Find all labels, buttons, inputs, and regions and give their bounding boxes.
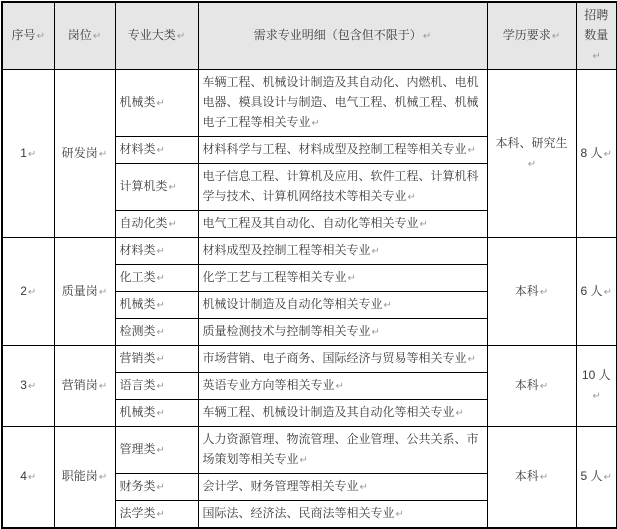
cell-education: 本科↵: [487, 427, 576, 529]
cell-education: 本科↵: [487, 238, 576, 346]
paragraph-mark: ↵: [156, 354, 165, 365]
cell-majors: 车辆工程、机械设计制造及其自动化等相关专业↵: [198, 400, 487, 427]
paragraph-mark: ↵: [467, 354, 476, 365]
paragraph-mark: ↵: [311, 118, 320, 129]
cell-category: 法学类↵: [115, 501, 198, 529]
paragraph-mark: ↵: [156, 98, 165, 109]
table-row: 3↵ 营销岗↵ 营销类↵ 市场营销、电子商务、国际经济与贸易等相关专业↵ 本科↵…: [2, 346, 617, 373]
cell-category-text: 机械类: [120, 95, 156, 109]
paragraph-mark: ↵: [27, 287, 36, 298]
cell-majors: 机械设计制造及自动化等相关专业↵: [198, 292, 487, 319]
cell-category-text: 检测类: [120, 324, 156, 338]
cell-category: 管理类↵: [115, 427, 198, 474]
paragraph-mark: ↵: [603, 472, 612, 483]
header-category-label: 专业大类: [128, 28, 176, 42]
cell-category: 材料类↵: [115, 238, 198, 265]
cell-majors: 国际法、经济法、民商法等相关专业↵: [198, 501, 487, 529]
header-education: 学历要求↵: [487, 2, 576, 70]
header-position-label: 岗位: [68, 28, 92, 42]
cell-majors-text: 国际法、经济法、民商法等相关专业: [203, 506, 395, 520]
cell-category: 语言类↵: [115, 373, 198, 400]
cell-majors-text: 电气工程及其自动化、自动化等相关专业: [203, 216, 419, 230]
cell-majors: 英语专业方向等相关专业↵: [198, 373, 487, 400]
cell-category-text: 材料类: [120, 243, 156, 257]
cell-category: 计算机类↵: [115, 164, 198, 211]
paragraph-mark: ↵: [407, 192, 416, 203]
cell-position-text: 职能岗: [62, 469, 98, 483]
header-education-label: 学历要求: [503, 28, 551, 42]
cell-category: 检测类↵: [115, 319, 198, 346]
cell-no: 4↵: [2, 427, 54, 529]
cell-majors: 质量检测技术与控制等相关专业↵: [198, 319, 487, 346]
cell-majors-text: 质量检测技术与控制等相关专业: [203, 324, 371, 338]
cell-education-text: 本科: [515, 284, 539, 298]
paragraph-mark: ↵: [467, 145, 476, 156]
paragraph-mark: ↵: [359, 482, 368, 493]
paragraph-mark: ↵: [299, 455, 308, 466]
paragraph-mark: ↵: [371, 246, 380, 257]
paragraph-mark: ↵: [98, 287, 107, 298]
paragraph-mark: ↵: [335, 381, 344, 392]
cell-majors-text: 材料成型及控制工程等相关专业: [203, 243, 371, 257]
cell-no-text: 4: [20, 469, 27, 483]
paragraph-mark: ↵: [156, 327, 165, 338]
cell-majors: 电子信息工程、计算机及应用、软件工程、计算机科学与技术、计算机网络技术等相关专业…: [198, 164, 487, 211]
header-category: 专业大类↵: [115, 2, 198, 70]
paragraph-mark: ↵: [168, 219, 177, 230]
table-row: 1↵ 研发岗↵ 机械类↵ 车辆工程、机械设计制造及其自动化、内燃机、电机电器、模…: [2, 70, 617, 137]
cell-majors-text: 机械设计制造及自动化等相关专业: [203, 297, 383, 311]
paragraph-mark: ↵: [156, 381, 165, 392]
cell-no: 2↵: [2, 238, 54, 346]
cell-category-text: 机械类: [120, 405, 156, 419]
paragraph-mark: ↵: [395, 509, 404, 520]
cell-category-text: 化工类: [120, 270, 156, 284]
header-majors-label: 需求专业明细（包含但不限于）: [254, 28, 422, 42]
header-no-label: 序号: [12, 28, 36, 42]
cell-majors-text: 英语专业方向等相关专业: [203, 378, 335, 392]
cell-majors-text: 材料科学与工程、材料成型及控制工程等相关专业: [203, 142, 467, 156]
cell-category: 自动化类↵: [115, 211, 198, 238]
cell-category-text: 财务类: [120, 479, 156, 493]
cell-majors-text: 会计学、财务管理等相关专业: [203, 479, 359, 493]
cell-position: 质量岗↵: [54, 238, 115, 346]
paragraph-mark: ↵: [156, 246, 165, 257]
paragraph-mark: ↵: [455, 408, 464, 419]
cell-count: 5 人↵: [576, 427, 617, 529]
cell-count-text: 10 人: [582, 368, 611, 382]
cell-position-text: 营销岗: [62, 378, 98, 392]
cell-majors: 材料成型及控制工程等相关专业↵: [198, 238, 487, 265]
paragraph-mark: ↵: [156, 145, 165, 156]
cell-category: 机械类↵: [115, 400, 198, 427]
paragraph-mark: ↵: [539, 381, 548, 392]
cell-no-text: 1: [20, 146, 27, 160]
cell-position: 职能岗↵: [54, 427, 115, 529]
paragraph-mark: ↵: [371, 327, 380, 338]
cell-position: 研发岗↵: [54, 70, 115, 238]
cell-majors: 人力资源管理、物流管理、企业管理、公共关系、市场策划等相关专业↵: [198, 427, 487, 474]
paragraph-mark: ↵: [603, 149, 612, 160]
cell-majors: 车辆工程、机械设计制造及其自动化、内燃机、电机电器、模具设计与制造、电气工程、机…: [198, 70, 487, 137]
paragraph-mark: ↵: [98, 472, 107, 483]
cell-category: 化工类↵: [115, 265, 198, 292]
paragraph-mark: ↵: [347, 273, 356, 284]
paragraph-mark: ↵: [27, 149, 36, 160]
cell-education-text: 本科: [515, 469, 539, 483]
paragraph-mark: ↵: [603, 287, 612, 298]
paragraph-mark: ↵: [27, 381, 36, 392]
cell-no: 1↵: [2, 70, 54, 238]
cell-count-text: 5 人: [581, 469, 603, 483]
table-row: 2↵ 质量岗↵ 材料类↵ 材料成型及控制工程等相关专业↵ 本科↵ 6 人↵: [2, 238, 617, 265]
paragraph-mark: ↵: [98, 381, 107, 392]
cell-category-text: 计算机类: [120, 179, 168, 193]
cell-position-text: 研发岗: [62, 146, 98, 160]
header-no: 序号↵: [2, 2, 54, 70]
cell-count: 8 人↵: [576, 70, 617, 238]
cell-no-text: 3: [20, 378, 27, 392]
paragraph-mark: ↵: [419, 219, 428, 230]
cell-position-text: 质量岗: [62, 284, 98, 298]
header-count-label: 招聘数量: [584, 8, 608, 42]
cell-category-text: 管理类: [120, 442, 156, 456]
paragraph-mark: ↵: [383, 300, 392, 311]
paragraph-mark: ↵: [527, 159, 536, 170]
paragraph-mark: ↵: [539, 287, 548, 298]
paragraph-mark: ↵: [98, 149, 107, 160]
paragraph-mark: ↵: [156, 408, 165, 419]
paragraph-mark: ↵: [168, 182, 177, 193]
paragraph-mark: ↵: [592, 391, 601, 402]
header-count: 招聘数量↵: [576, 2, 617, 70]
paragraph-mark: ↵: [156, 300, 165, 311]
cell-category: 机械类↵: [115, 292, 198, 319]
cell-category-text: 机械类: [120, 297, 156, 311]
paragraph-mark: ↵: [156, 482, 165, 493]
cell-count-text: 6 人: [581, 284, 603, 298]
cell-majors-text: 人力资源管理、物流管理、企业管理、公共关系、市场策划等相关专业: [203, 432, 479, 466]
header-position: 岗位↵: [54, 2, 115, 70]
cell-category-text: 法学类: [120, 506, 156, 520]
cell-majors-text: 市场营销、电子商务、国际经济与贸易等相关专业: [203, 351, 467, 365]
cell-majors: 化学工艺与工程等相关专业↵: [198, 265, 487, 292]
cell-count-text: 8 人: [581, 146, 603, 160]
cell-majors: 材料科学与工程、材料成型及控制工程等相关专业↵: [198, 137, 487, 164]
cell-category-text: 材料类: [120, 142, 156, 156]
paragraph-mark: ↵: [539, 472, 548, 483]
cell-majors-text: 化学工艺与工程等相关专业: [203, 270, 347, 284]
paragraph-mark: ↵: [422, 31, 431, 42]
cell-no-text: 2: [20, 284, 27, 298]
cell-count: 10 人↵: [576, 346, 617, 427]
cell-education: 本科、研究生↵: [487, 70, 576, 238]
paragraph-mark: ↵: [156, 445, 165, 456]
cell-category-text: 语言类: [120, 378, 156, 392]
cell-majors: 电气工程及其自动化、自动化等相关专业↵: [198, 211, 487, 238]
paragraph-mark: ↵: [156, 509, 165, 520]
header-majors: 需求专业明细（包含但不限于）↵: [198, 2, 487, 70]
paragraph-mark: ↵: [36, 31, 45, 42]
paragraph-mark: ↵: [156, 273, 165, 284]
cell-education-text: 本科、研究生: [495, 136, 567, 150]
document-page: 序号↵ 岗位↵ 专业大类↵ 需求专业明细（包含但不限于）↵ 学历要求↵ 招聘数量…: [0, 0, 617, 451]
paragraph-mark: ↵: [592, 51, 601, 62]
cell-category-text: 自动化类: [120, 216, 168, 230]
paragraph-mark: ↵: [551, 31, 560, 42]
cell-majors: 会计学、财务管理等相关专业↵: [198, 474, 487, 501]
cell-majors-text: 电子信息工程、计算机及应用、软件工程、计算机科学与技术、计算机网络技术等相关专业: [203, 169, 479, 203]
cell-education: 本科↵: [487, 346, 576, 427]
cell-category-text: 营销类: [120, 351, 156, 365]
paragraph-mark: ↵: [92, 31, 101, 42]
cell-category: 机械类↵: [115, 70, 198, 137]
table-header-row: 序号↵ 岗位↵ 专业大类↵ 需求专业明细（包含但不限于）↵ 学历要求↵ 招聘数量…: [2, 2, 617, 70]
paragraph-mark: ↵: [27, 472, 36, 483]
cell-majors-text: 车辆工程、机械设计制造及其自动化等相关专业: [203, 405, 455, 419]
paragraph-mark: ↵: [176, 31, 185, 42]
cell-count: 6 人↵: [576, 238, 617, 346]
table-row: 4↵ 职能岗↵ 管理类↵ 人力资源管理、物流管理、企业管理、公共关系、市场策划等…: [2, 427, 617, 474]
cell-majors-text: 车辆工程、机械设计制造及其自动化、内燃机、电机电器、模具设计与制造、电气工程、机…: [203, 75, 479, 129]
cell-position: 营销岗↵: [54, 346, 115, 427]
recruitment-table: 序号↵ 岗位↵ 专业大类↵ 需求专业明细（包含但不限于）↵ 学历要求↵ 招聘数量…: [1, 1, 617, 529]
cell-category: 营销类↵: [115, 346, 198, 373]
cell-category: 财务类↵: [115, 474, 198, 501]
cell-category: 材料类↵: [115, 137, 198, 164]
cell-majors: 市场营销、电子商务、国际经济与贸易等相关专业↵: [198, 346, 487, 373]
cell-no: 3↵: [2, 346, 54, 427]
cell-education-text: 本科: [515, 378, 539, 392]
